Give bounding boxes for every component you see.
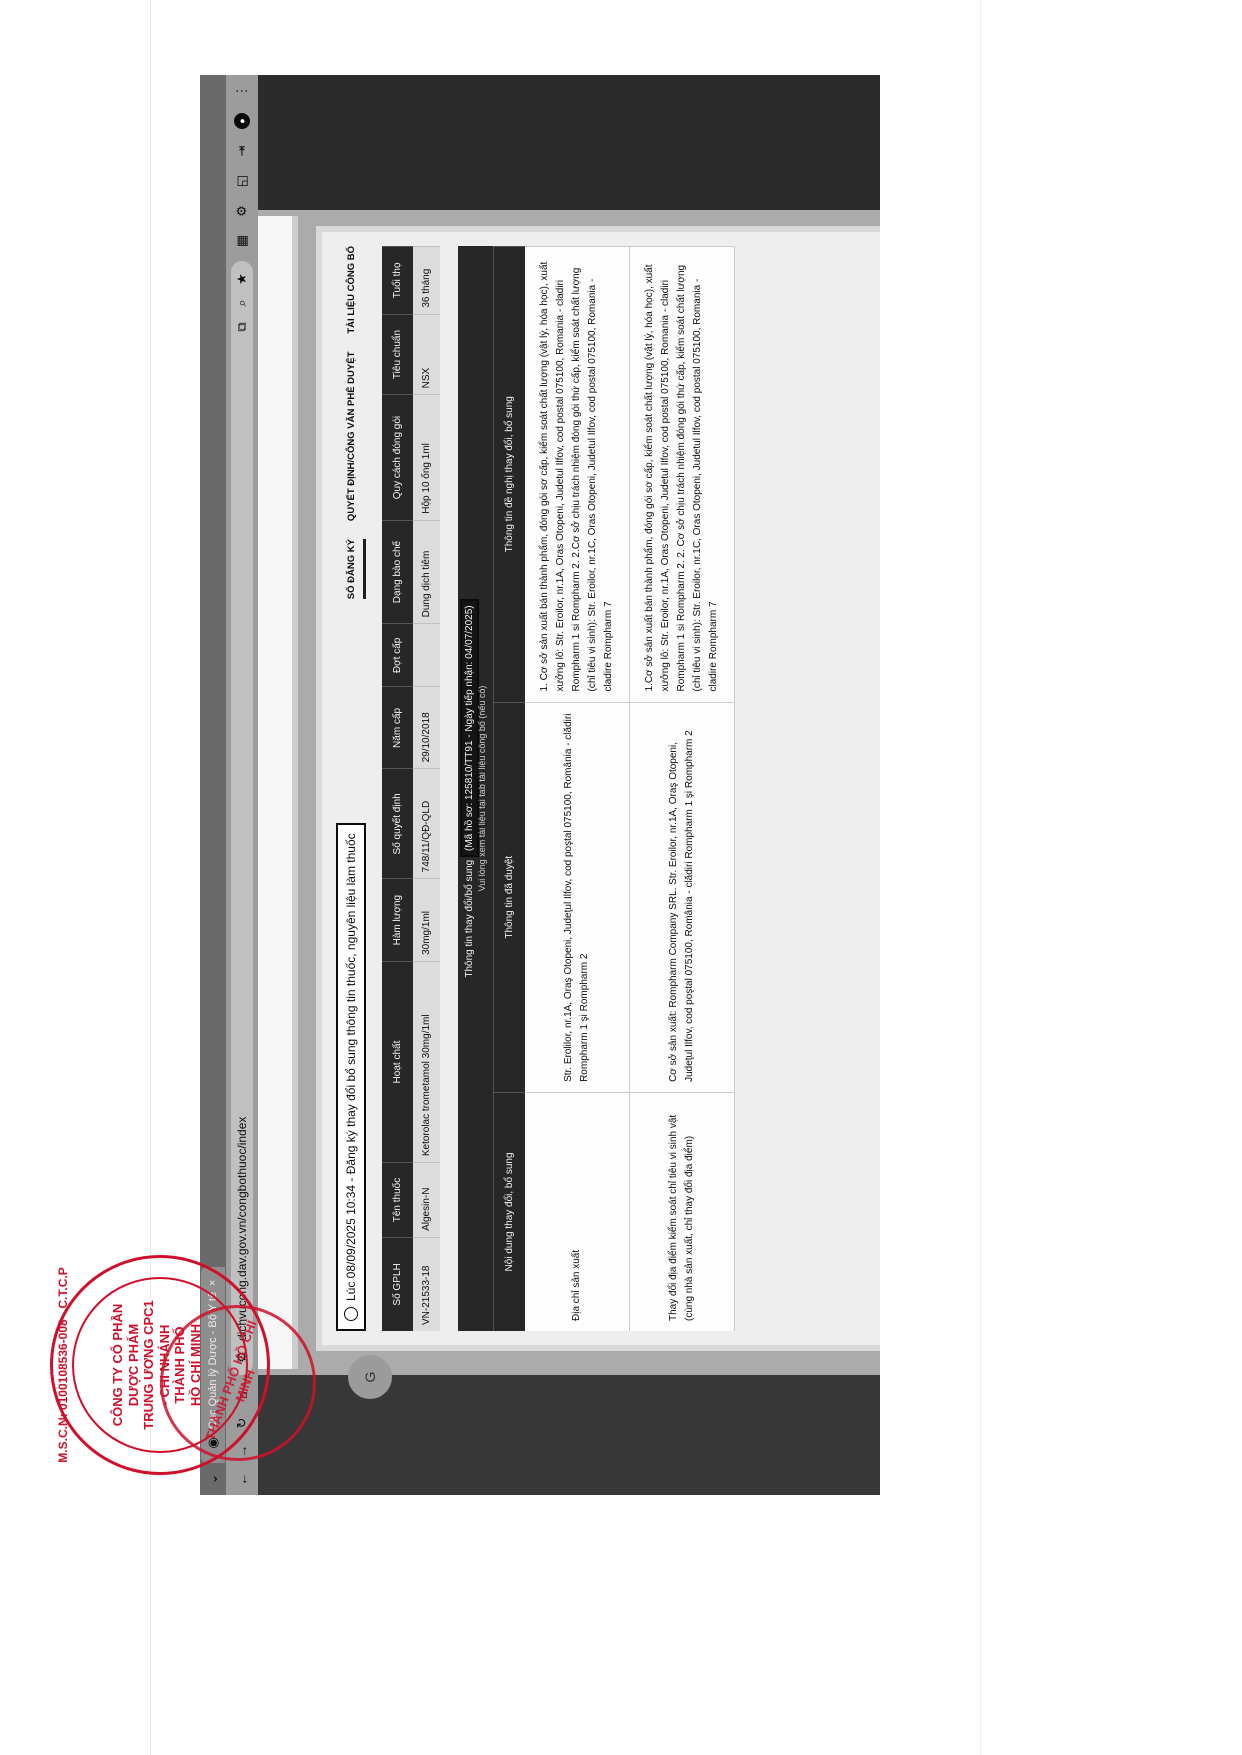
bookmark-star-icon[interactable]: ★ bbox=[234, 271, 250, 287]
column-header: Hàm lượng bbox=[382, 879, 413, 962]
column-header: Dạng bào chế bbox=[382, 520, 413, 624]
stamp-line: DƯỢC PHẨM bbox=[126, 1285, 142, 1445]
search-panel bbox=[258, 216, 298, 1369]
column-header: Đợt cấp bbox=[382, 624, 413, 687]
registration-table: Số GPLHTên thuốcHoạt chấtHàm lượngSố quy… bbox=[382, 246, 440, 1331]
table-cell: NSX bbox=[413, 314, 440, 395]
page-viewport: G Lúc 08/09/2025 10:34 - Đăng ký thay đổ… bbox=[258, 75, 880, 1495]
menu-icon[interactable]: ⋮ bbox=[234, 83, 250, 99]
reading-list-icon[interactable]: ◱ bbox=[234, 173, 250, 189]
table-cell: Địa chỉ sản xuất bbox=[525, 1092, 630, 1331]
table-cell: Dung dịch tiêm bbox=[413, 520, 440, 624]
change-table: Nội dung thay đổi, bổ sungThông tin đã d… bbox=[493, 246, 735, 1331]
profile-icon[interactable]: ● bbox=[234, 113, 250, 129]
table-cell: 1. Cơ sở sản xuất bán thành phẩm, đóng g… bbox=[525, 247, 630, 703]
table-cell: VN-21533-18 bbox=[413, 1237, 440, 1331]
banner-title: Thông tin thay đổi/bổ sung bbox=[464, 860, 475, 978]
column-header: Tên thuốc bbox=[382, 1163, 413, 1238]
change-row: Địa chỉ sản xuấtStr. Erolilor, nr.1A, Or… bbox=[525, 247, 630, 1332]
banner-subtitle: Vui lòng xem tài liệu tại tab tài liệu c… bbox=[477, 246, 487, 1331]
left-overlay-panel bbox=[258, 1375, 880, 1495]
page-content: G Lúc 08/09/2025 10:34 - Đăng ký thay đổ… bbox=[258, 210, 880, 1375]
browser-window: ⌄ ◉ Cục Quản lý Dược - Bộ Y tế × ← → ↻ ⌂… bbox=[200, 75, 880, 1495]
extensions-icon[interactable]: ▦ bbox=[234, 233, 250, 249]
detail-card: Lúc 08/09/2025 10:34 - Đăng ký thay đổi … bbox=[316, 226, 880, 1351]
stamp-line: TRUNG ƯƠNG CPC1 bbox=[141, 1285, 157, 1445]
column-header: Số GPLH bbox=[382, 1237, 413, 1331]
notice-text: Lúc 08/09/2025 10:34 - Đăng ký thay đổi … bbox=[344, 833, 358, 1301]
tab-tai-lieu[interactable]: TÀI LIỆU CÔNG BỐ bbox=[346, 246, 366, 334]
change-banner: Thông tin thay đổi/bổ sung (Mã hồ sơ: 12… bbox=[458, 246, 493, 1331]
table-cell: Thay đổi địa điểm kiểm soát chỉ tiêu vi … bbox=[630, 1092, 735, 1331]
scan-edge-left bbox=[150, 0, 151, 1755]
table-cell: 36 tháng bbox=[413, 247, 440, 315]
table-cell: Algesin-N bbox=[413, 1163, 440, 1238]
install-app-icon[interactable]: ⧉ bbox=[234, 319, 250, 335]
table-cell: Hộp 10 ống 1ml bbox=[413, 395, 440, 520]
scan-edge-right bbox=[980, 0, 981, 1755]
registration-row: VN-21533-18Algesin-NKetorolac trometamol… bbox=[413, 247, 440, 1332]
column-header: Năm cấp bbox=[382, 687, 413, 769]
table-cell: 1.Cơ sở sản xuất bán thành phẩm, đóng gó… bbox=[630, 247, 735, 703]
table-cell: Str. Erolilor, nr.1A, Oraş Otopeni, Jude… bbox=[525, 702, 630, 1092]
expand-button[interactable]: G bbox=[348, 1355, 392, 1399]
change-row: Thay đổi địa điểm kiểm soát chỉ tiêu vi … bbox=[630, 247, 735, 1332]
column-header: Tuổi thọ bbox=[382, 247, 413, 315]
table-cell: 30mg/1ml bbox=[413, 879, 440, 962]
zoom-icon[interactable]: ⌕ bbox=[234, 295, 250, 311]
column-header: Nội dung thay đổi, bổ sung bbox=[494, 1092, 526, 1331]
table-cell: Ketorolac trometamol 30mg/1ml bbox=[413, 961, 440, 1162]
download-icon[interactable]: ⇥ bbox=[234, 143, 250, 159]
column-header: Thông tin đã duyệt bbox=[494, 702, 526, 1092]
column-header: Quy cách đóng gói bbox=[382, 395, 413, 520]
chevron-icon: G bbox=[362, 1372, 378, 1383]
detail-tabs: SỔ ĐĂNG KÝ QUYẾT ĐỊNH/CÔNG VĂN PHÊ DUYỆT… bbox=[336, 246, 366, 599]
table-cell bbox=[413, 624, 440, 687]
right-overlay-panel bbox=[258, 75, 880, 210]
table-cell: 748/11/QĐ-QLD bbox=[413, 769, 440, 879]
settings-icon[interactable]: ⚙ bbox=[234, 203, 250, 219]
clock-icon bbox=[344, 1307, 358, 1321]
stamp-line: CÔNG TY CỔ PHẦN bbox=[110, 1285, 126, 1445]
toolbar-icons: ▦ ⚙ ◱ ⇥ ● ⋮ bbox=[234, 83, 250, 249]
column-header: Tiêu chuẩn bbox=[382, 314, 413, 395]
address-bar[interactable]: ⚙ dichvucong.dav.gov.vn/congbothuoc/inde… bbox=[231, 261, 253, 1375]
column-header: Số quyết định bbox=[382, 769, 413, 879]
stamp-outer-text: M.S.C.N: 0100108536-008 - C.T.C.P bbox=[56, 1255, 70, 1475]
column-header: Hoạt chất bbox=[382, 961, 413, 1162]
table-cell: Cơ sở sản xuất: Rompharm Company SRL. St… bbox=[630, 702, 735, 1092]
tab-so-dang-ky[interactable]: SỔ ĐĂNG KÝ bbox=[346, 539, 366, 599]
table-cell: 29/10/2018 bbox=[413, 687, 440, 769]
column-header: Thông tin đề nghị thay đổi, bổ sung bbox=[494, 247, 526, 703]
notice-box: Lúc 08/09/2025 10:34 - Đăng ký thay đổi … bbox=[336, 823, 366, 1331]
tab-quyet-dinh[interactable]: QUYẾT ĐỊNH/CÔNG VĂN PHÊ DUYỆT bbox=[346, 352, 366, 521]
